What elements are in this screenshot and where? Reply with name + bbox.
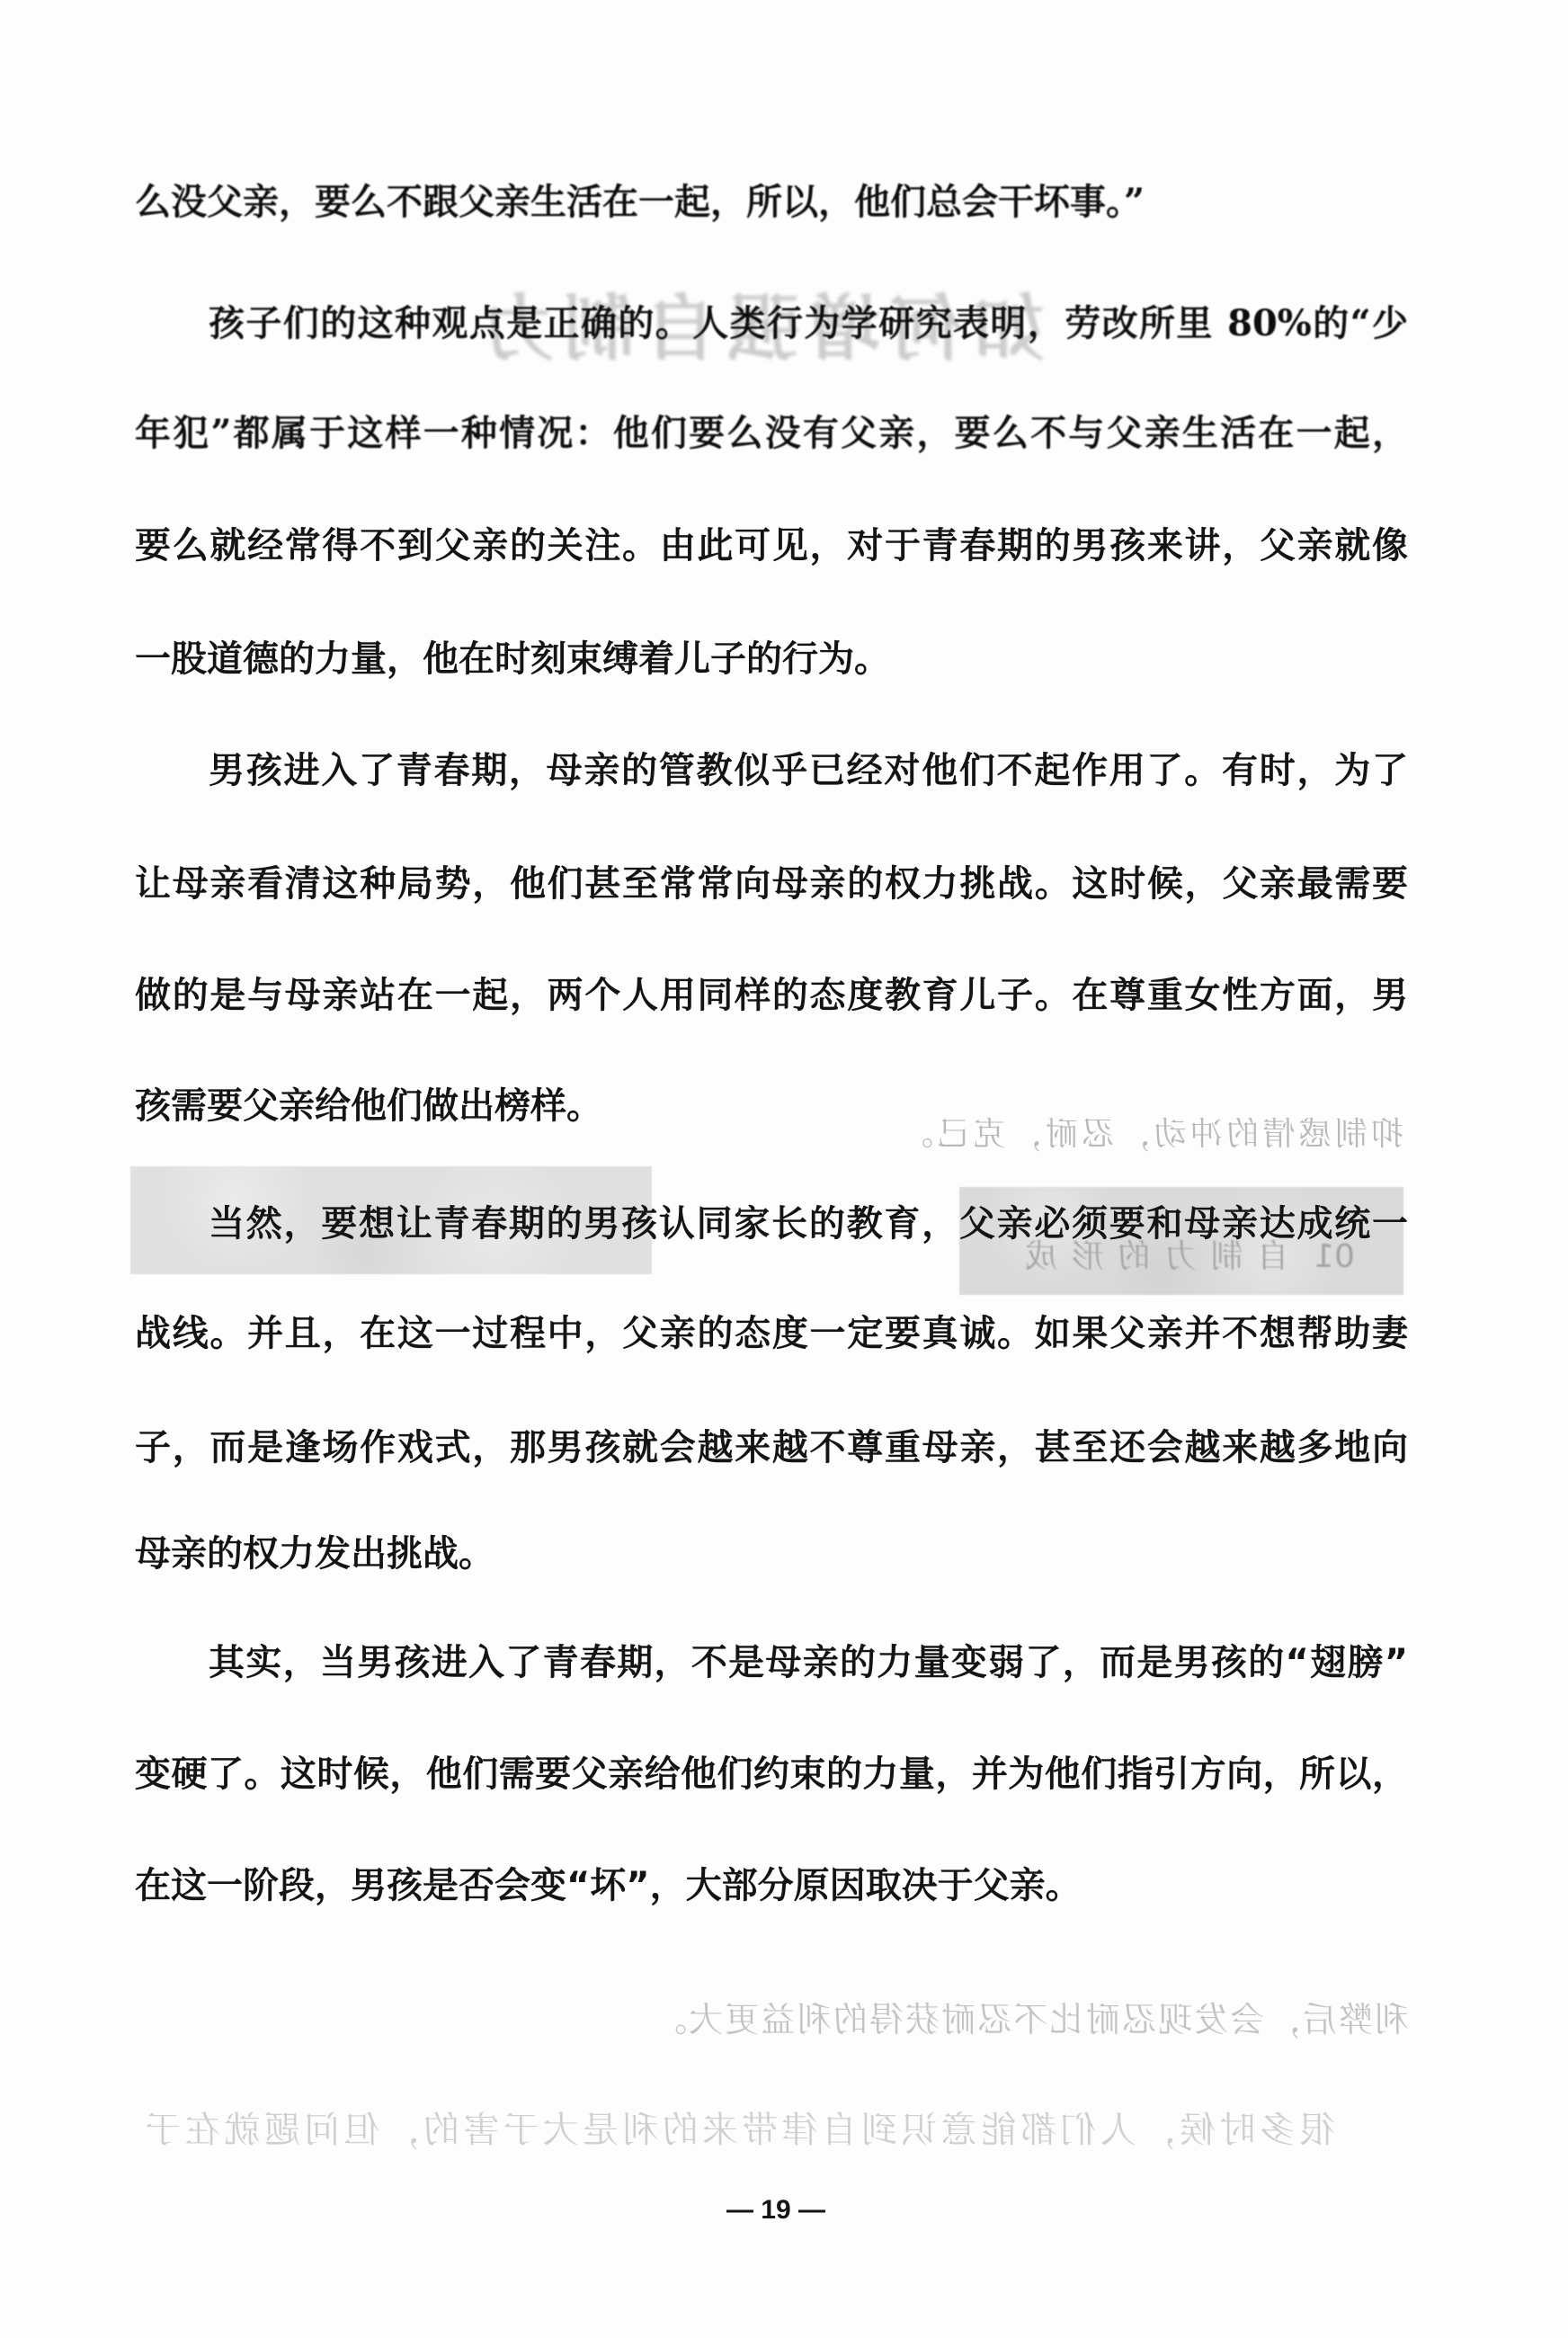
body-text-line: 要么就经常得不到父亲的关注。由此可见，对于青春期的男孩来讲，父亲就像 bbox=[135, 524, 1408, 567]
body-text-line: 变硬了。这时候，他们需要父亲给他们约束的力量，并为他们指引方向，所以， bbox=[135, 1753, 1408, 1796]
body-text-line: 做的是与母亲站在一起，两个人用同样的态度教育儿子。在尊重女性方面，男 bbox=[135, 974, 1408, 1017]
body-text-line: 么没父亲，要么不跟父亲生活在一起，所以，他们总会干坏事。” bbox=[135, 181, 1408, 224]
paragraph-first-line: 其实，当男孩进入了青春期，不是母亲的力量变弱了，而是男孩的“翅膀” bbox=[209, 1641, 1408, 1684]
body-text-line: 让母亲看清这种局势，他们甚至常常向母亲的权力挑战。这时候，父亲最需要 bbox=[135, 862, 1408, 906]
paragraph-first-line: 当然，要想让青春期的男孩认同家长的教育，父亲必须要和母亲达成统一 bbox=[209, 1202, 1408, 1245]
body-text-line: 子，而是逢场作戏式，那男孩就会越来越不尊重母亲，甚至还会越来越多地向 bbox=[135, 1426, 1408, 1469]
body-text-line: 在这一阶段，男孩是否会变“坏”，大部分原因取决于父亲。 bbox=[135, 1864, 1408, 1907]
body-text-line: 年犯”都属于这样一种情况：他们要么没有父亲，要么不与父亲生活在一起， bbox=[135, 412, 1408, 455]
body-text-line: 战线。并且，在这一过程中，父亲的态度一定要真诚。如果父亲并不想帮助妻 bbox=[135, 1312, 1408, 1355]
page-number: — 19 — bbox=[686, 2194, 866, 2226]
show-through-line: 利弊后，会发现忍耐比不忍耐获得的利益更大。 bbox=[653, 2001, 1409, 2039]
paragraph-first-line: 男孩进入了青春期，母亲的管教似乎已经对他们不起作用了。有时，为了 bbox=[209, 749, 1408, 792]
show-through-line: 很多时候，人们都能意识到自律带来的利是大于害的，但问题就在于 bbox=[145, 2110, 1335, 2150]
body-text-line: 母亲的权力发出挑战。 bbox=[135, 1532, 1408, 1575]
body-text-line: 孩需要父亲给他们做出榜样。 bbox=[135, 1084, 1408, 1128]
paragraph-first-line: 孩子们的这种观点是正确的。人类行为学研究表明，劳改所里 80%的“少 bbox=[209, 302, 1408, 345]
body-text-line: 一股道德的力量，他在时刻束缚着儿子的行为。 bbox=[135, 638, 1408, 681]
scanned-book-page: 如何增强自制力 01 自制力的形成 抑制感情的冲动，忍耐，克己。 利弊后，会发现… bbox=[0, 0, 1568, 2338]
